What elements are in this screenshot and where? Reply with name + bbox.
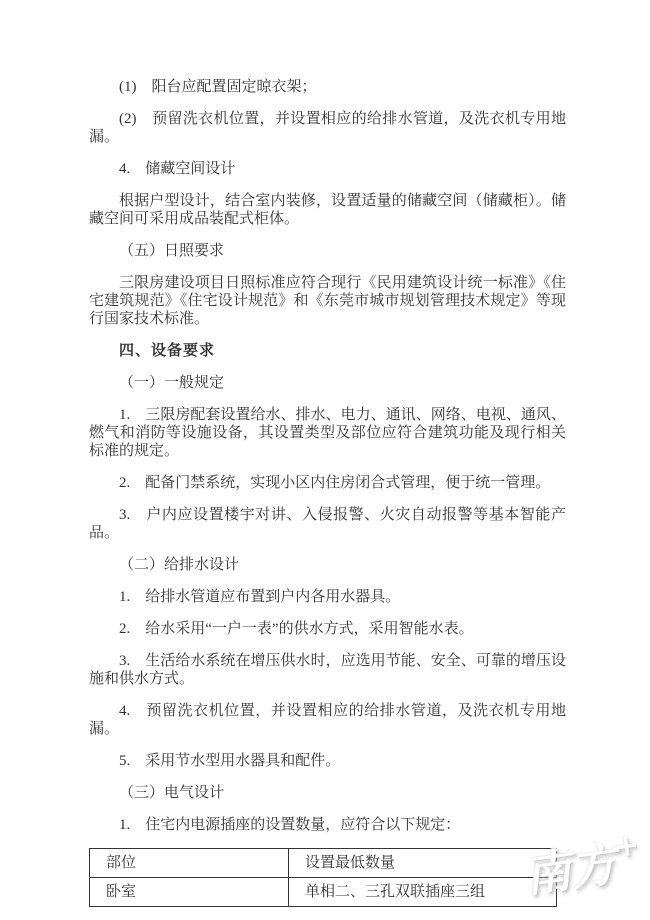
spec-table-body: 部位设置最低数量卧室单相二、三孔双联插座三组: [90, 849, 557, 907]
watermark-plus-icon: +: [612, 827, 642, 865]
paragraph: 5. 采用节水型用水器具和配件。: [89, 752, 566, 770]
paragraph: （三）电气设计: [89, 784, 566, 802]
section-heading: 四、设备要求: [89, 342, 566, 360]
paragraph: （五）日照要求: [89, 242, 566, 260]
paragraph: 1. 三限房配套设置给水、排水、电力、通讯、网络、电视、通风、燃气和消防等设施设…: [89, 406, 566, 460]
paragraph: 1. 住宅内电源插座的设置数量，应符合以下规定：: [89, 816, 566, 834]
table-row: 卧室单相二、三孔双联插座三组: [90, 878, 557, 907]
table-header-cell: 部位: [90, 849, 289, 878]
paragraph: 4. 储藏空间设计: [89, 160, 566, 178]
paragraph: 根据户型设计，结合室内装修，设置适量的储藏空间（储藏柜）。储藏空间可采用成品装配…: [89, 192, 566, 228]
document-page: (1) 阳台应配置固定晾衣架；(2) 预留洗衣机位置，并设置相应的给排水管道，及…: [0, 0, 650, 920]
paragraph: （二）给排水设计: [89, 556, 566, 574]
paragraph-list: (1) 阳台应配置固定晾衣架；(2) 预留洗衣机位置，并设置相应的给排水管道，及…: [89, 78, 566, 834]
paragraph: 4. 预留洗衣机位置，并设置相应的给排水管道，及洗衣机专用地漏。: [89, 702, 566, 738]
paragraph: 3. 户内应设置楼宇对讲、入侵报警、火灾自动报警等基本智能产品。: [89, 506, 566, 542]
paragraph: （一）一般规定: [89, 374, 566, 392]
document-body: (1) 阳台应配置固定晾衣架；(2) 预留洗衣机位置，并设置相应的给排水管道，及…: [89, 78, 566, 907]
table-header-cell: 设置最低数量: [289, 849, 557, 878]
paragraph: (1) 阳台应配置固定晾衣架；: [89, 78, 566, 96]
paragraph: 2. 配备门禁系统，实现小区内住房闭合式管理，便于统一管理。: [89, 474, 566, 492]
paragraph: (2) 预留洗衣机位置，并设置相应的给排水管道，及洗衣机专用地漏。: [89, 110, 566, 146]
paragraph: 三限房建设项目日照标准应符合现行《民用建筑设计统一标准》《住宅建筑规范》《住宅设…: [89, 274, 566, 328]
paragraph: 1. 给排水管道应布置到户内各用水器具。: [89, 588, 566, 606]
paragraph: 2. 给水采用“一户一表”的供水方式，采用智能水表。: [89, 620, 566, 638]
spec-table: 部位设置最低数量卧室单相二、三孔双联插座三组: [89, 848, 557, 907]
table-header-row: 部位设置最低数量: [90, 849, 557, 878]
table-cell: 卧室: [90, 878, 289, 907]
paragraph: 3. 生活给水系统在增压供水时，应选用节能、安全、可靠的增压设施和供水方式。: [89, 652, 566, 688]
table-cell: 单相二、三孔双联插座三组: [289, 878, 557, 907]
